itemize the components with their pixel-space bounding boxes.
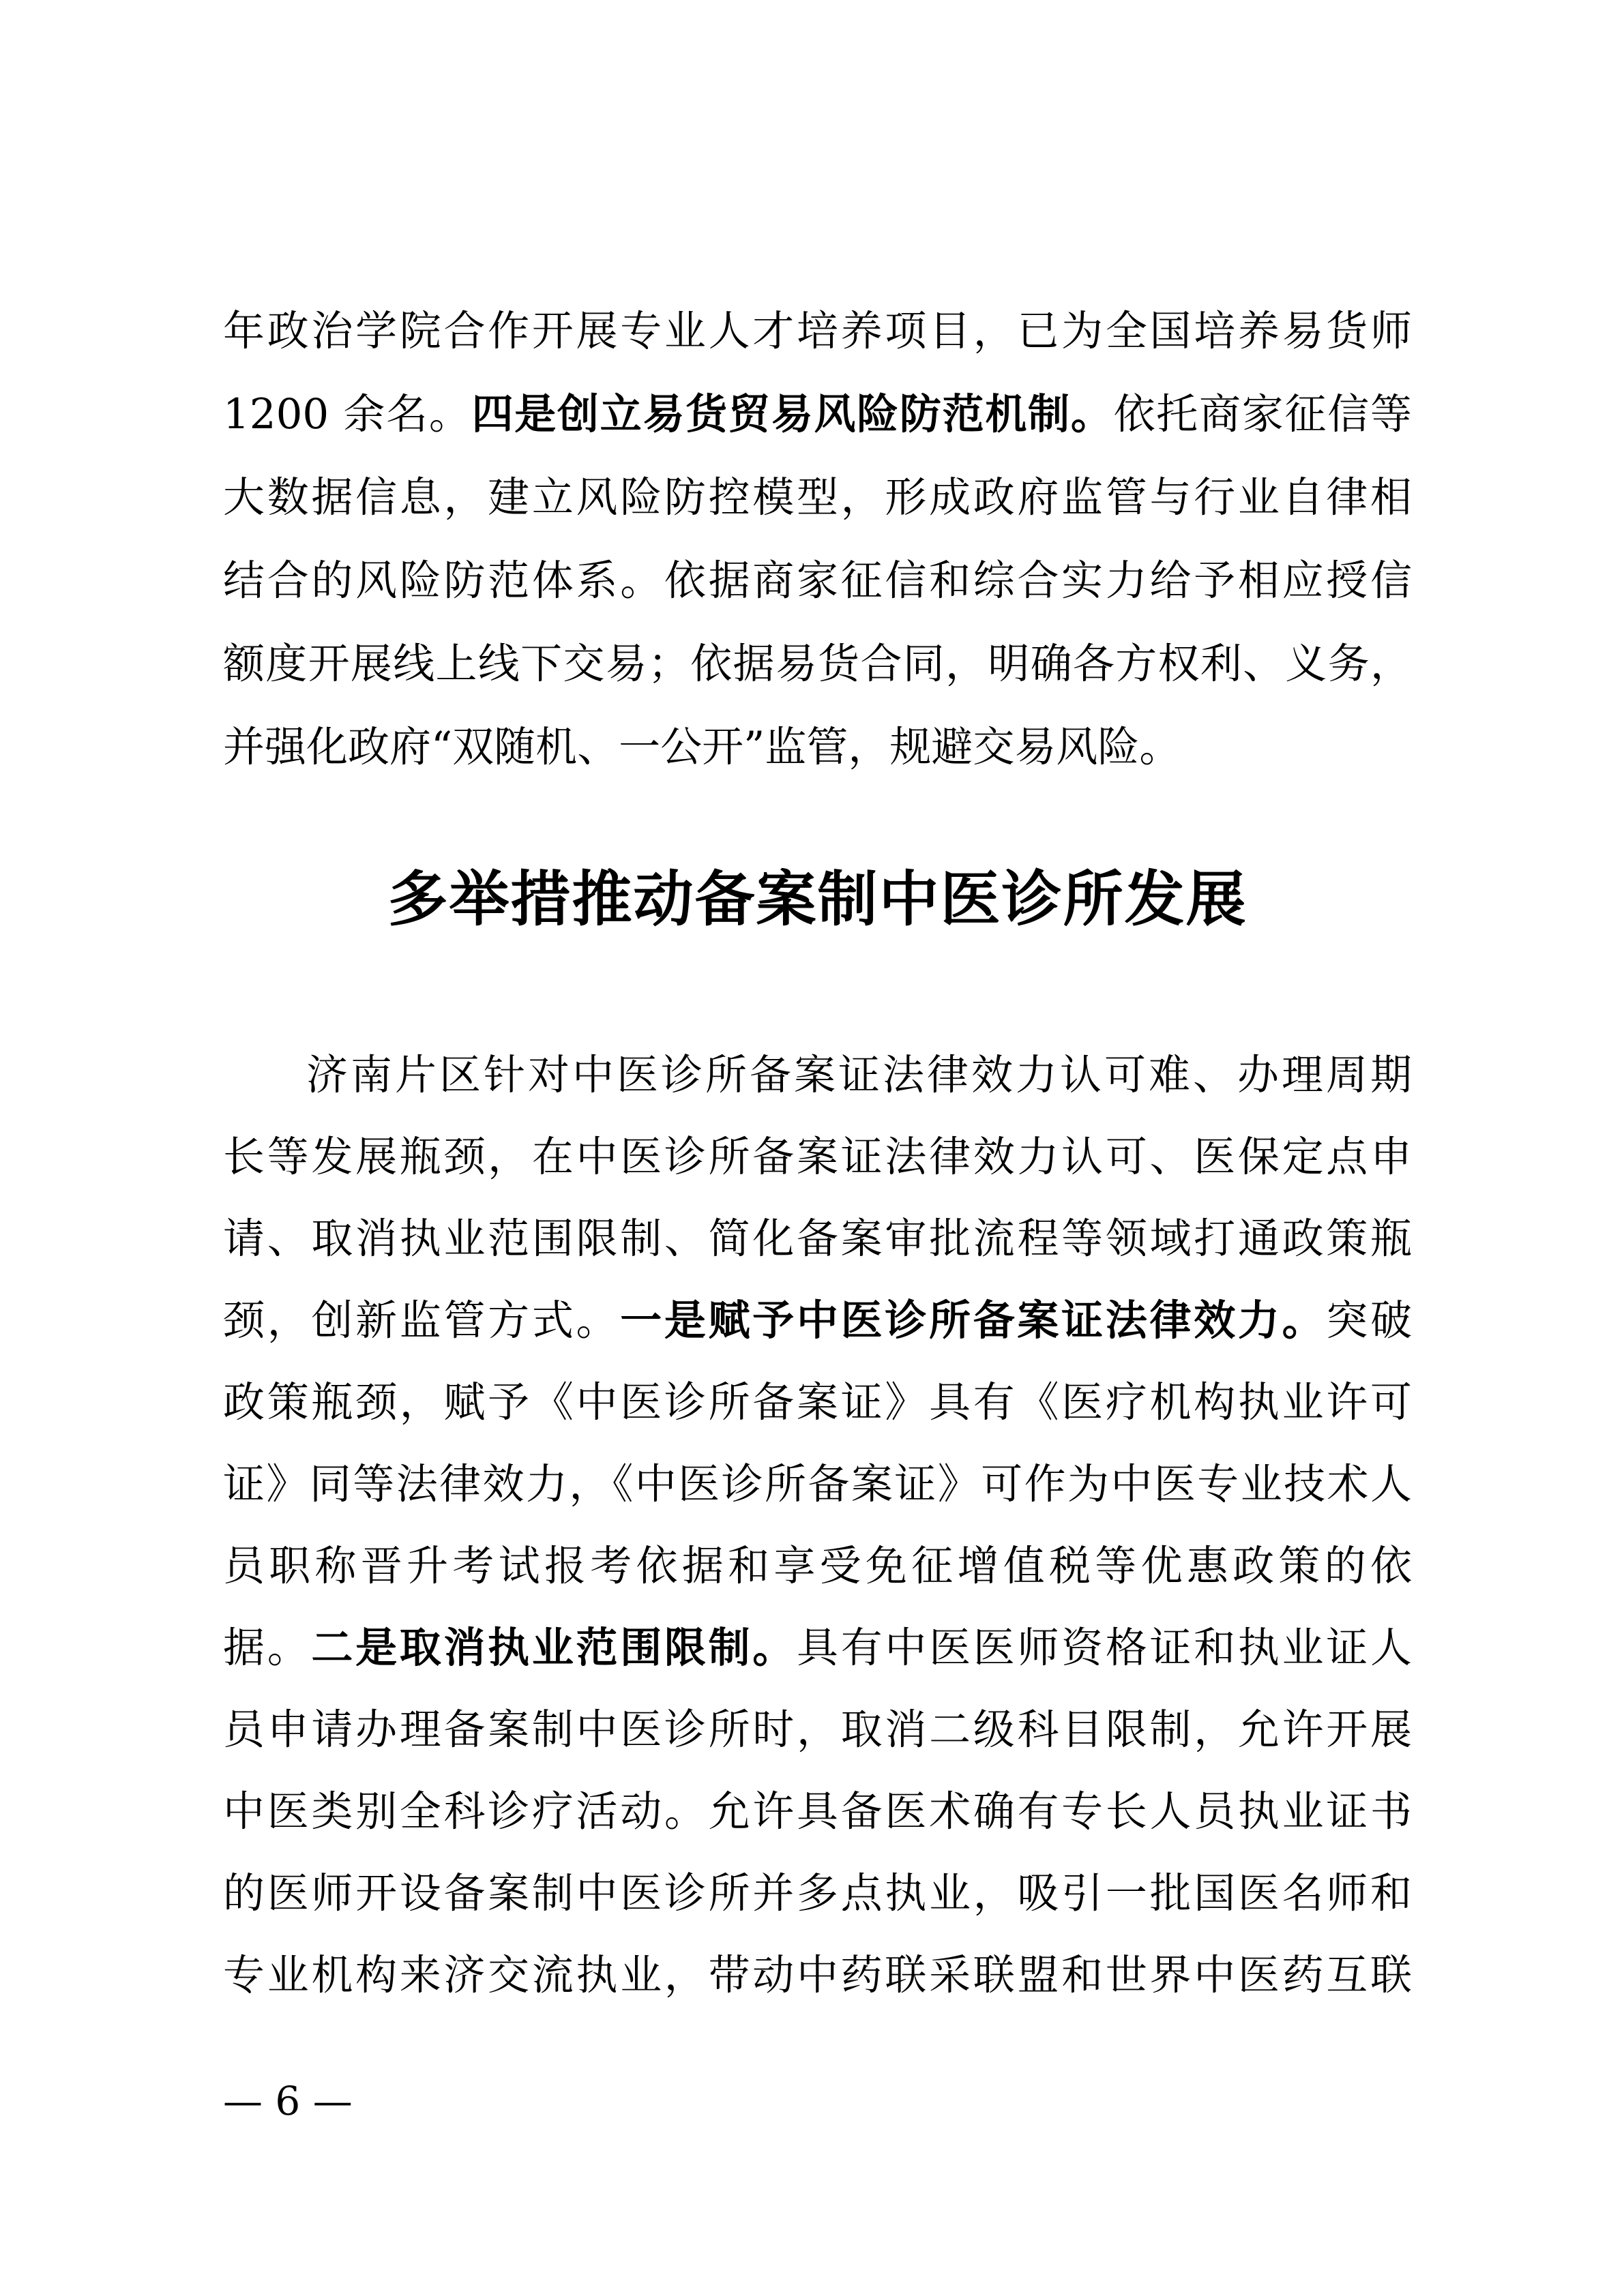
document-page: 年政治学院合作开展专业人才培养项目，已为全国培养易货师1200 余名。四是创立易… bbox=[0, 0, 1624, 2296]
text-segment: 年政治学院合作开展专业人才培养项目，已为全国培养易货师 bbox=[223, 307, 1412, 355]
text-line: 额度开展线上线下交易；依据易货合同，明确各方权利、义务， bbox=[223, 623, 1412, 706]
text-segment: 大数据信息，建立风险防控模型，形成政府监管与行业自律相 bbox=[223, 473, 1412, 522]
text-line: 员申请办理备案制中医诊所时，取消二级科目限制，允许开展 bbox=[223, 1689, 1412, 1771]
section-heading: 多举措推动备案制中医诊所发展 bbox=[223, 852, 1412, 947]
text-line: 据。二是取消执业范围限制。具有中医医师资格证和执业证人 bbox=[223, 1607, 1412, 1689]
text-line: 专业机构来济交流执业，带动中药联采联盟和世界中医药互联 bbox=[223, 1935, 1412, 2016]
text-segment: 据。 bbox=[223, 1624, 311, 1672]
text-segment: 员职称晋升考试报考依据和享受免征增值税等优惠政策的依 bbox=[223, 1542, 1412, 1590]
text-segment: 请、取消执业范围限制、简化备案审批流程等领域打通政策瓶 bbox=[223, 1214, 1412, 1263]
text-line: 证》同等法律效力，《中医诊所备案证》可作为中医专业技术人 bbox=[223, 1444, 1412, 1525]
text-segment: 证》同等法律效力，《中医诊所备案证》可作为中医专业技术人 bbox=[223, 1460, 1412, 1508]
text-segment: 的医师开设备案制中医诊所并多点执业，吸引一批国医名师和 bbox=[223, 1869, 1412, 1918]
text-line: 的医师开设备案制中医诊所并多点执业，吸引一批国医名师和 bbox=[223, 1853, 1412, 1935]
text-segment: 结合的风险防范体系。依据商家征信和综合实力给予相应授信 bbox=[223, 556, 1412, 605]
bold-text-segment: 一是赋予中医诊所备案证法律效力。 bbox=[620, 1296, 1326, 1345]
text-line: 大数据信息，建立风险防控模型，形成政府监管与行业自律相 bbox=[223, 456, 1412, 539]
page-footer: — 6 — bbox=[223, 2081, 1412, 2121]
paragraph-1: 年政治学院合作开展专业人才培养项目，已为全国培养易货师1200 余名。四是创立易… bbox=[223, 290, 1412, 789]
text-line: 中医类别全科诊疗活动。允许具备医术确有专长人员执业证书 bbox=[223, 1771, 1412, 1853]
paragraph-2: 济南片区针对中医诊所备案证法律效力认可难、办理周期长等发展瓶颈，在中医诊所备案证… bbox=[223, 1034, 1412, 2016]
text-segment: 额度开展线上线下交易；依据易货合同，明确各方权利、义务， bbox=[223, 640, 1412, 688]
bold-text-segment: 二是取消执业范围限制。 bbox=[311, 1624, 797, 1672]
text-line: 1200 余名。四是创立易货贸易风险防范机制。依托商家征信等 bbox=[223, 373, 1412, 456]
text-segment: 1200 余名。 bbox=[223, 390, 472, 438]
text-segment: 并强化政府“双随机、一公开”监管，规避交易风险。 bbox=[223, 723, 1181, 771]
text-line: 长等发展瓶颈，在中医诊所备案证法律效力认可、医保定点申 bbox=[223, 1116, 1412, 1198]
text-line: 员职称晋升考试报考依据和享受免征增值税等优惠政策的依 bbox=[223, 1525, 1412, 1607]
text-segment: 专业机构来济交流执业，带动中药联采联盟和世界中医药互联 bbox=[223, 1951, 1412, 1999]
text-segment: 员申请办理备案制中医诊所时，取消二级科目限制，允许开展 bbox=[223, 1705, 1412, 1754]
text-line: 政策瓶颈，赋予《中医诊所备案证》具有《医疗机构执业许可 bbox=[223, 1362, 1412, 1444]
text-segment: 长等发展瓶颈，在中医诊所备案证法律效力认可、医保定点申 bbox=[223, 1133, 1412, 1181]
text-segment: 依托商家征信等 bbox=[1114, 390, 1412, 438]
text-segment: 济南片区针对中医诊所备案证法律效力认可难、办理周期 bbox=[306, 1051, 1412, 1099]
text-line: 并强化政府“双随机、一公开”监管，规避交易风险。 bbox=[223, 706, 1412, 789]
text-line: 年政治学院合作开展专业人才培养项目，已为全国培养易货师 bbox=[223, 290, 1412, 373]
text-segment: 突破 bbox=[1326, 1296, 1412, 1345]
text-segment: 颈，创新监管方式。 bbox=[223, 1296, 620, 1345]
text-segment: 中医类别全科诊疗活动。允许具备医术确有专长人员执业证书 bbox=[223, 1787, 1412, 1836]
text-line: 济南片区针对中医诊所备案证法律效力认可难、办理周期 bbox=[223, 1034, 1412, 1116]
text-line: 请、取消执业范围限制、简化备案审批流程等领域打通政策瓶 bbox=[223, 1198, 1412, 1280]
bold-text-segment: 四是创立易货贸易风险防范机制。 bbox=[472, 390, 1114, 438]
text-line: 结合的风险防范体系。依据商家征信和综合实力给予相应授信 bbox=[223, 539, 1412, 623]
text-line: 颈，创新监管方式。一是赋予中医诊所备案证法律效力。突破 bbox=[223, 1280, 1412, 1362]
page-content: 年政治学院合作开展专业人才培养项目，已为全国培养易货师1200 余名。四是创立易… bbox=[0, 0, 1624, 2121]
text-segment: 具有中医医师资格证和执业证人 bbox=[797, 1624, 1412, 1672]
text-segment: 政策瓶颈，赋予《中医诊所备案证》具有《医疗机构执业许可 bbox=[223, 1378, 1412, 1427]
page-number: — 6 — bbox=[223, 2078, 353, 2124]
